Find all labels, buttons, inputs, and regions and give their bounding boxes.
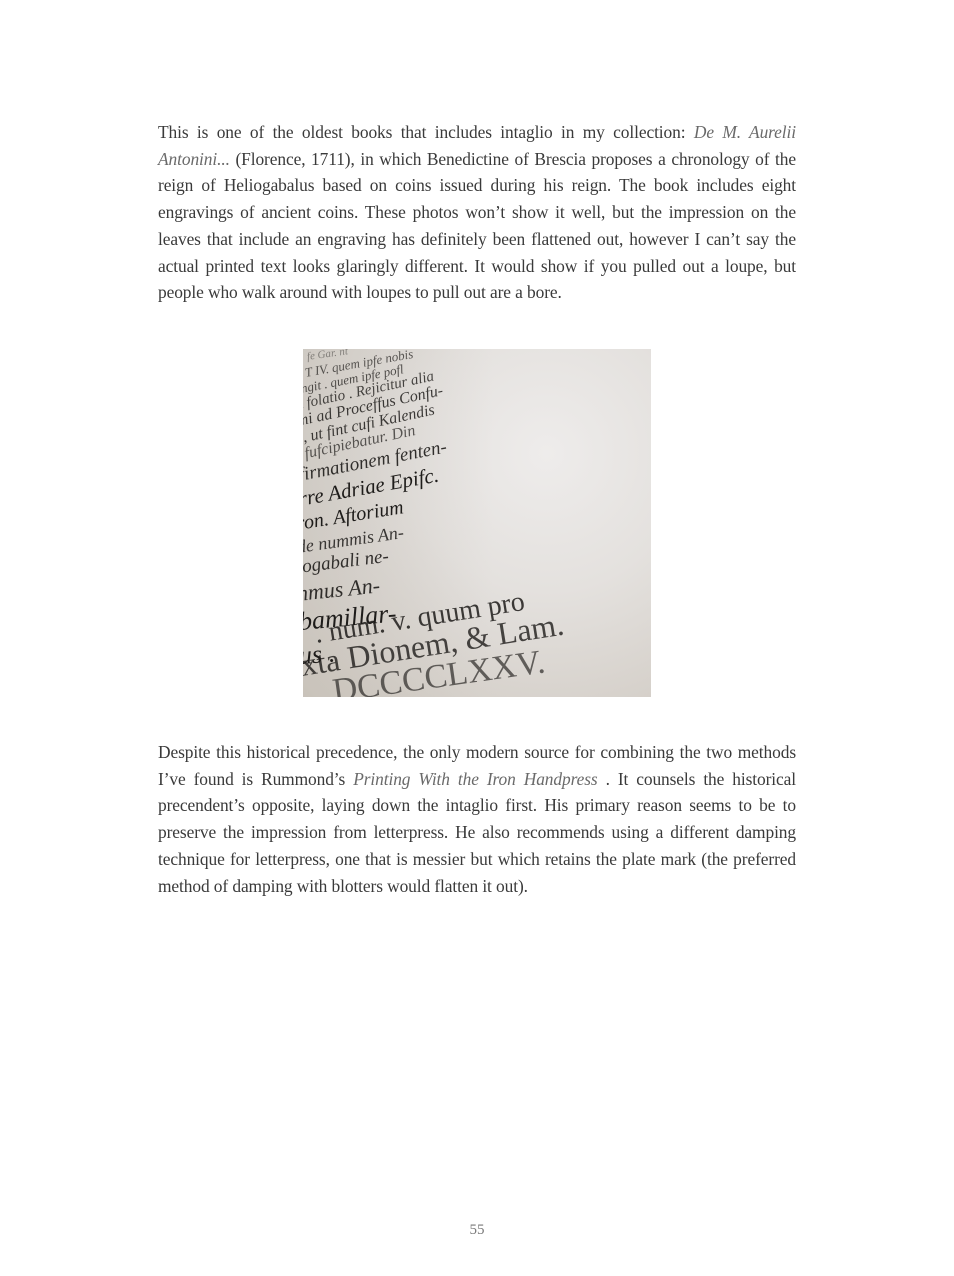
page-number: 55 (0, 1222, 954, 1239)
paragraph-intro: This is one of the oldest books that inc… (158, 119, 796, 306)
document-page: This is one of the oldest books that inc… (0, 0, 954, 1276)
book-title-italic: Printing With the Iron Handpress (353, 769, 597, 789)
paragraph-text: This is one of the oldest books that inc… (158, 122, 694, 142)
paragraph-rummond: Despite this historical precedence, the … (158, 739, 796, 899)
book-page-photo: fe Gar. nt T IV. quem ipfe nobis ngit . … (303, 349, 651, 697)
paragraph-text: (Florence, 1711), in which Benedictine o… (158, 149, 796, 303)
